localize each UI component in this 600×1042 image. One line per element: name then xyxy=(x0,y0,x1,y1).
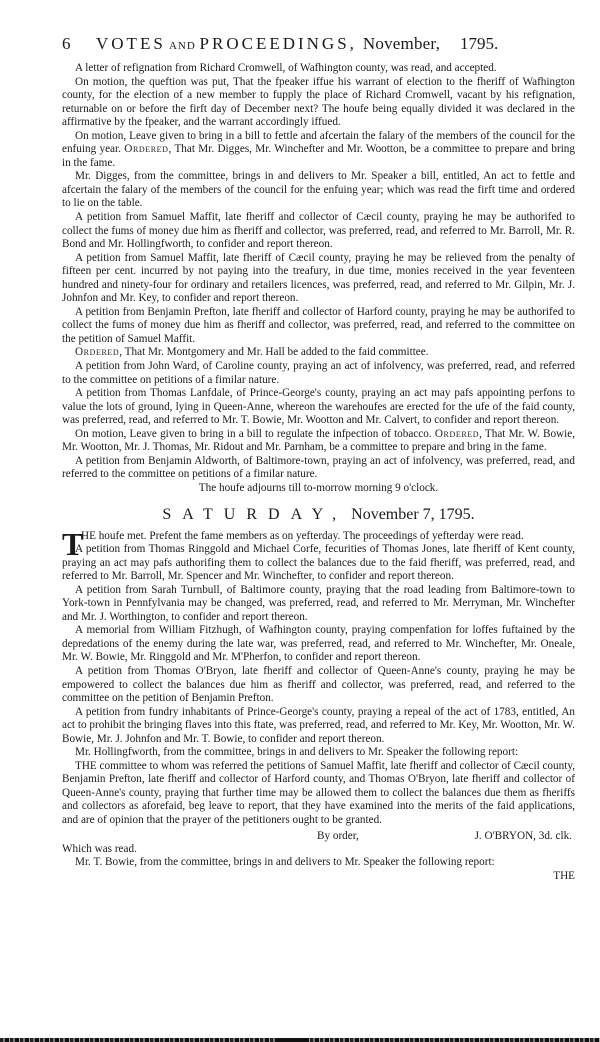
paragraph-house-met: THE houfe met. Prefent the fame members … xyxy=(62,530,575,544)
paragraph-bowie-report-intro: Mr. T. Bowie, from the committee, brings… xyxy=(62,856,575,870)
paragraph-resignation: A letter of refignation from Richard Cro… xyxy=(62,62,575,76)
paragraph-fitzhugh-memorial: A memorial from William Fitzhugh, of Waf… xyxy=(62,624,575,665)
header-year: 1795. xyxy=(460,34,498,54)
paragraph-council-salary-motion: On motion, Leave given to bring in a bil… xyxy=(62,130,575,171)
paragraph-lansdale-petition: A petition from Thomas Lanfdale, of Prin… xyxy=(62,387,575,428)
header-title-proceedings: PROCEEDINGS, xyxy=(200,34,357,53)
header-title: VOTES AND PROCEEDINGS, xyxy=(96,34,357,54)
paragraph-tobacco-motion: On motion, Leave given to bring in a bil… xyxy=(62,428,575,455)
day-date: November 7, 1795. xyxy=(351,506,475,523)
paragraph-preston-petition: A petition from Benjamin Prefton, late f… xyxy=(62,306,575,347)
ordered-label: Ordered xyxy=(435,428,479,440)
clerk-signature: J. O'BRYON, 3d. clk. xyxy=(475,829,572,843)
paragraph-digges-bill: Mr. Digges, from the committee, brings i… xyxy=(62,170,575,211)
drop-cap: T xyxy=(62,531,83,557)
paragraph-turnbull-petition: A petition from Sarah Turnbull, of Balti… xyxy=(62,584,575,625)
which-was-read: Which was read. xyxy=(62,843,575,857)
paragraph-ward-petition: A petition from John Ward, of Caroline c… xyxy=(62,360,575,387)
report-signature: By order, J. O'BRYON, 3d. clk. xyxy=(62,829,575,843)
running-header: 6 VOTES AND PROCEEDINGS, November, 1795. xyxy=(62,34,575,60)
ordered-label: Ordered xyxy=(75,346,119,358)
catchword: THE xyxy=(62,870,575,883)
page-number: 6 xyxy=(62,34,96,54)
paragraph-election-warrant: On motion, the queftion was put, That th… xyxy=(62,76,575,130)
header-title-and: AND xyxy=(166,40,200,52)
day-heading-saturday: SATURDAY, November 7, 1795. xyxy=(62,506,575,524)
paragraph-slaves-act-petition: A petition from fundry inhabitants of Pr… xyxy=(62,706,575,747)
scan-edge-artifact xyxy=(0,1038,600,1042)
day-name: SATURDAY, xyxy=(162,506,347,523)
paragraph-ordered-added: Ordered, That Mr. Montgomery and Mr. Hal… xyxy=(62,346,575,360)
paragraph-hollingsworth-report-intro: Mr. Hollingfworth, from the committee, b… xyxy=(62,746,575,760)
ordered-label: Ordered xyxy=(124,143,168,155)
header-month: November, xyxy=(363,34,440,54)
document-page: 6 VOTES AND PROCEEDINGS, November, 1795.… xyxy=(62,34,575,883)
adjournment-line: The houfe adjourns till to-morrow mornin… xyxy=(62,482,575,496)
paragraph-ringgold-petition: A petition from Thomas Ringgold and Mich… xyxy=(62,543,575,584)
header-title-votes: VOTES xyxy=(96,34,166,53)
paragraph-committee-report: THE committee to whom was referred the p… xyxy=(62,760,575,828)
paragraph-maffit-petition-2: A petition from Samuel Maffit, late fher… xyxy=(62,252,575,306)
paragraph-obryon-petition: A petition from Thomas O'Bryon, late fhe… xyxy=(62,665,575,706)
by-order: By order, xyxy=(317,829,359,843)
paragraph-maffit-petition-1: A petition from Samuel Maffit, late fher… xyxy=(62,211,575,252)
paragraph-aldworth-petition: A petition from Benjamin Aldworth, of Ba… xyxy=(62,455,575,482)
